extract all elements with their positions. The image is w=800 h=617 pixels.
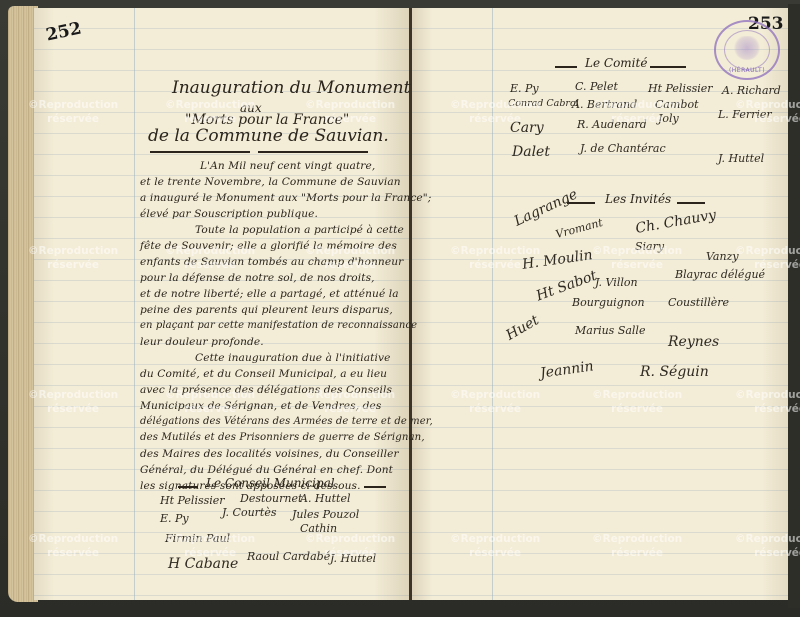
body-line: et de notre liberté; elle a partagé, et … <box>140 288 399 300</box>
signature: Ht Pelissier <box>648 82 713 95</box>
signature: E. Py <box>160 512 189 525</box>
body-line: des Maires des localités voisines, du Co… <box>140 448 399 460</box>
body-line: Toute la population a participé à cette <box>195 224 404 236</box>
body-line: en plaçant par cette manifestation de re… <box>140 320 417 331</box>
title-line-1: Inauguration du Monument <box>172 78 410 98</box>
stamp-label: (HÉRAULT) <box>716 67 778 74</box>
signature: Ht Pelissier <box>160 494 225 507</box>
signature: Coustillère <box>668 296 729 309</box>
signature: Reynes <box>668 334 719 350</box>
section-rule <box>555 66 577 68</box>
title-line-4: de la Commune de Sauvian. <box>148 126 389 146</box>
signature: Cathin <box>300 522 337 535</box>
body-line: pour la défense de notre sol, de nos dro… <box>140 272 375 284</box>
title-rule <box>258 151 368 153</box>
coat-of-arms-icon <box>734 36 760 60</box>
body-line: élevé par Souscription publique. <box>140 208 318 220</box>
body-line: L'An Mil neuf cent vingt quatre, <box>200 160 375 172</box>
body-line: délégations des Vétérans des Armées de t… <box>140 416 433 427</box>
body-line: du Comité, et du Conseil Municipal, a eu… <box>140 368 387 380</box>
body-line: des Mutilés et des Prisonniers de guerre… <box>140 432 425 443</box>
signature: R. Audenard <box>577 118 647 131</box>
margin-rule <box>492 8 493 600</box>
signature: Raoul Cardabé <box>247 550 330 563</box>
section-rule <box>650 66 686 68</box>
signature: J. Villon <box>595 276 638 289</box>
back-cover-edge <box>788 4 800 608</box>
section-rule <box>178 486 198 488</box>
body-line: Général, du Délégué du Général en chef. … <box>140 464 393 476</box>
signature: J. Huttel <box>718 152 764 165</box>
signature: Joly <box>658 112 679 125</box>
signature: Vanzy <box>706 250 739 263</box>
section-rule <box>677 202 705 204</box>
signature: A. Bertrand <box>572 98 637 111</box>
section-rule <box>567 202 595 204</box>
council-heading: Le Conseil Municipal <box>206 476 335 490</box>
register-book: 252 253 Inauguration du Monument aux "Mo… <box>0 0 800 617</box>
signature: A. Huttel <box>300 492 350 505</box>
signature: Siary <box>635 240 664 253</box>
signature: Cary <box>510 120 544 136</box>
body-line: Cette inauguration due à l'initiative <box>195 352 390 364</box>
body-line: enfants de Sauvian tombés au champ d'hon… <box>140 256 403 268</box>
signature: Dalet <box>512 144 550 160</box>
body-line: et le trente Novembre, la Commune de Sau… <box>140 176 401 188</box>
signature: Cambot <box>655 98 699 111</box>
prefecture-stamp: (HÉRAULT) <box>714 20 780 80</box>
signature: L. Ferrier <box>718 108 772 121</box>
body-line: avec la présence des délégations des Con… <box>140 384 392 396</box>
body-line: fête de Souvenir; elle a glorifié la mém… <box>140 240 397 252</box>
title-rule <box>150 151 250 153</box>
signature: Marius Salle <box>575 324 645 337</box>
signature: Blayrac délégué <box>675 268 765 281</box>
signature: C. Pelet <box>575 80 618 93</box>
signature: R. Séguin <box>640 364 709 380</box>
signature: Bourguignon <box>572 296 645 309</box>
body-line: Municipaux de Sérignan, et de Vendres, d… <box>140 400 381 412</box>
committee-heading: Le Comité <box>585 56 647 70</box>
body-line: leur douleur profonde. <box>140 336 264 348</box>
body-line: peine des parents qui pleurent leurs dis… <box>140 304 393 316</box>
signature: E. Py <box>510 82 539 95</box>
signature: Destournet <box>240 492 302 505</box>
signature: H Cabane <box>168 556 238 572</box>
signature: Jules Pouzol <box>292 508 359 521</box>
signature: A. Richard <box>722 84 781 97</box>
signature: Conrad Cabrol <box>508 98 579 109</box>
body-line: a inauguré le Monument aux "Morts pour l… <box>140 192 431 204</box>
signature: Firmin Paul <box>165 532 230 545</box>
margin-rule <box>134 8 135 600</box>
guests-heading: Les Invités <box>605 192 671 206</box>
signature: J. de Chantérac <box>580 142 666 155</box>
signature: J. Courtès <box>222 506 277 519</box>
section-rule <box>364 486 386 488</box>
signature: J. Huttel <box>330 552 376 565</box>
